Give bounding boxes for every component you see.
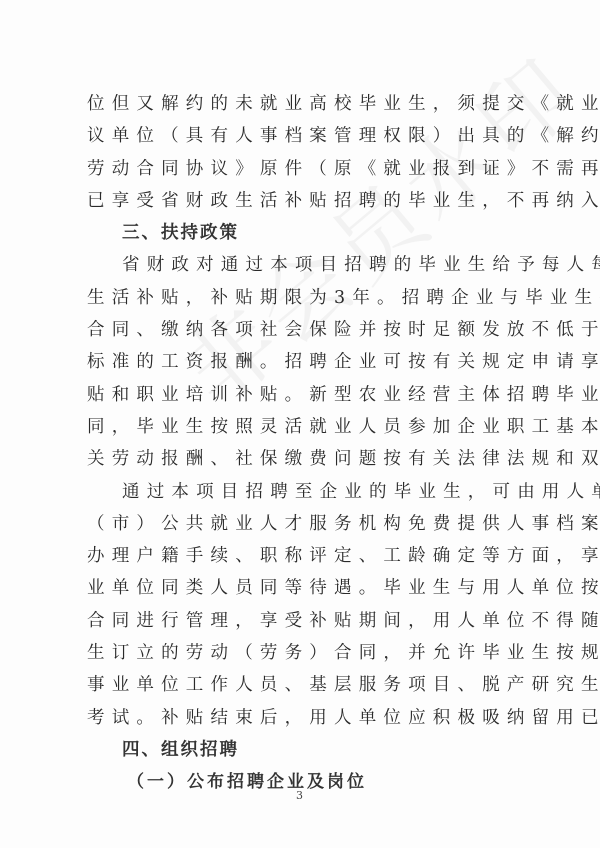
document-page: 非会员水印 位但又解约的未就业高校毕业生，须提交《就业报到证》原协 议单位（具有… [0, 0, 600, 848]
text-line: 合同进行管理，享受补贴期间，用人单位不得随意解除与毕业 [87, 605, 527, 637]
text-line: 省财政对通过本项目招聘的毕业生给予每人每月1500元的 [87, 249, 527, 281]
text-line: 业单位同类人员同等待遇。毕业生与用人单位按照依法订立的 [87, 572, 527, 604]
text-line: 合同、缴纳各项社会保险并按时足额发放不低于当地最低工资 [87, 314, 527, 346]
text-line: 事业单位工作人员、基层服务项目、脱产研究生等招录（聘） [87, 669, 527, 701]
text-line: 生订立的劳动（劳务）合同，并允许毕业生按规定参加公务员、 [87, 637, 527, 669]
document-body: 位但又解约的未就业高校毕业生，须提交《就业报到证》原协 议单位（具有人事档案管理… [87, 88, 527, 799]
paragraph-subsidy: 省财政对通过本项目招聘的毕业生给予每人每月1500元的 生活补贴，补贴期限为3年… [87, 249, 527, 475]
text-line: 关劳动报酬、社保缴费问题按有关法律法规和双方约定履行。 [87, 443, 527, 475]
text-line: 同，毕业生按照灵活就业人员参加企业职工基本养老保险，有 [87, 411, 527, 443]
text-line: （市）公共就业人才服务机构免费提供人事档案托管服务，在 [87, 508, 527, 540]
paragraph-archive-services: 通过本项目招聘至企业的毕业生，可由用人单位所属县 （市）公共就业人才服务机构免费… [87, 476, 527, 734]
text-line: 生活补贴，补贴期限为3年。招聘企业与毕业生依法订立劳动 [87, 282, 527, 314]
page-number: 3 [296, 789, 303, 802]
text-line: 位但又解约的未就业高校毕业生，须提交《就业报到证》原协 [87, 88, 527, 120]
text-line: 议单位（具有人事档案管理权限）出具的《解约函》或《解除 [87, 120, 527, 152]
subsection-heading-publish-positions: （一）公布招聘企业及岗位 [87, 766, 527, 798]
text-line: 已享受省财政生活补贴招聘的毕业生，不再纳入此次招聘范围。 [87, 185, 527, 217]
text-line: 贴和职业培训补贴。新型农业经营主体招聘毕业生订立劳务合 [87, 379, 527, 411]
text-line: 劳动合同协议》原件（原《就业报到证》不需再调整改派）。 [87, 153, 527, 185]
text-line: 标准的工资报酬。招聘企业可按有关规定申请享受社会保险补 [87, 346, 527, 378]
section-heading-organize-recruitment: 四、组织招聘 [87, 734, 527, 766]
text-line: 考试。补贴结束后，用人单位应积极吸纳留用已招聘的毕业生。 [87, 702, 527, 734]
text-line: 通过本项目招聘至企业的毕业生，可由用人单位所属县 [87, 476, 527, 508]
text-line: 办理户籍手续、职称评定、工龄确定等方面，享受与国有企事 [87, 540, 527, 572]
paragraph-eligibility-continued: 位但又解约的未就业高校毕业生，须提交《就业报到证》原协 议单位（具有人事档案管理… [87, 88, 527, 217]
section-heading-support-policy: 三、扶持政策 [87, 217, 527, 249]
